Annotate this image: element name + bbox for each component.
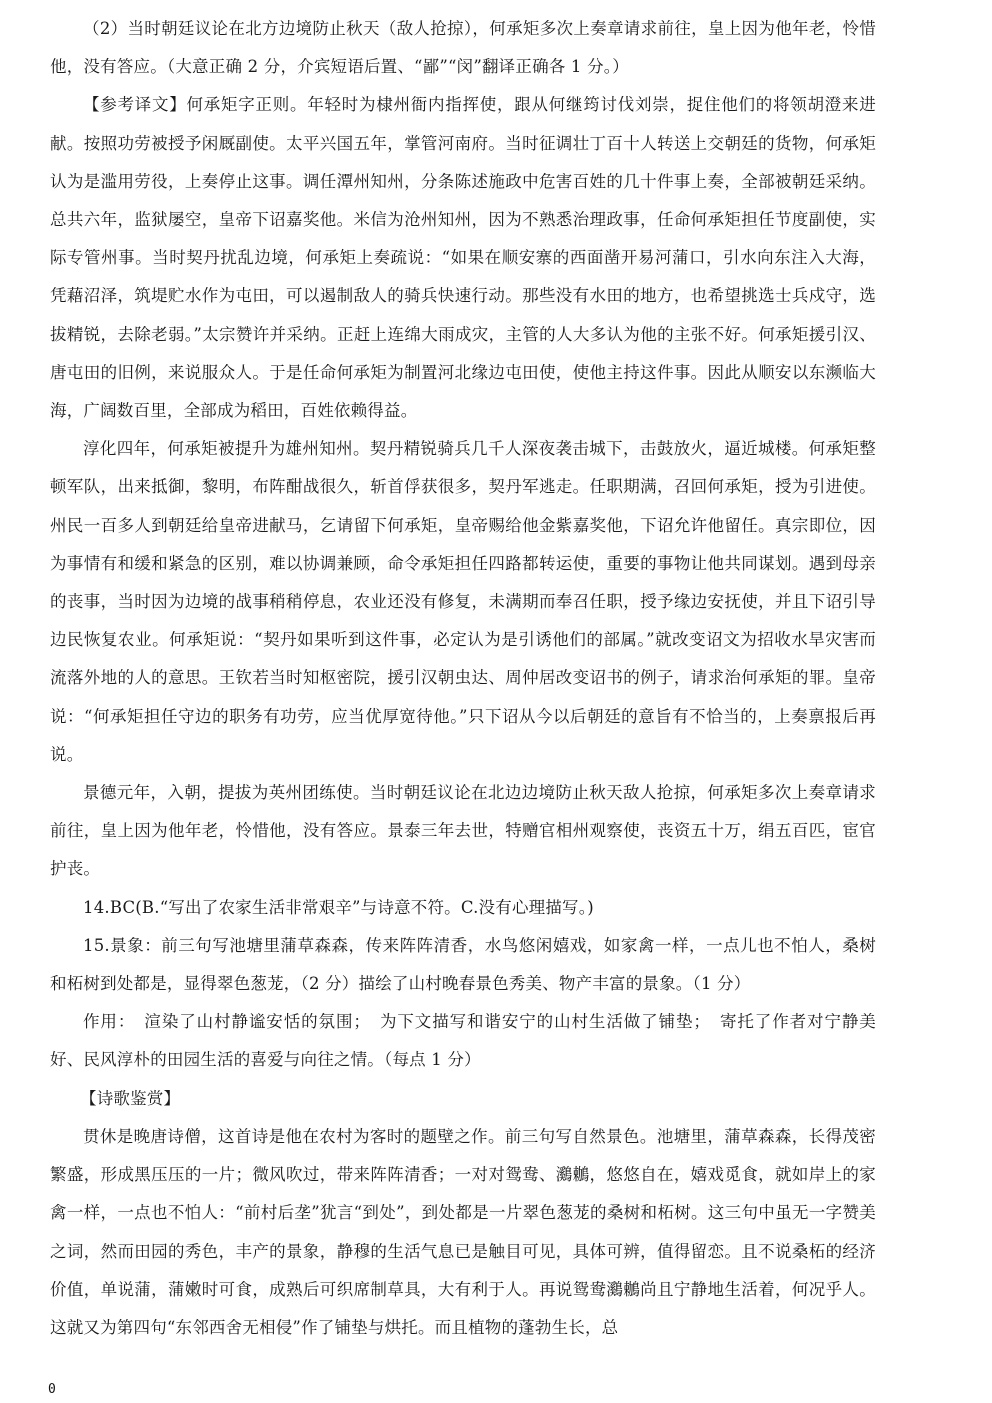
reference-translation-paragraph-1: 【参考译文】何承矩字正则。年轻时为棣州衙内指挥使，跟从何继筠讨伐刘崇，捉住他们的… <box>50 86 876 430</box>
poetry-appreciation-paragraph: 贯休是晚唐诗僧，这首诗是他在农村为客时的题壁之作。前三句写自然景色。池塘里，蒲草… <box>50 1118 876 1347</box>
answer-15-scene-paragraph: 15.景象：前三句写池塘里蒲草森森，传来阵阵清香，水鸟悠闲嬉戏，如家禽一样，一点… <box>50 927 876 1003</box>
answer-13-2-paragraph: （2）当时朝廷议论在北方边境防止秋天（敌人抢掠），何承矩多次上奏章请求前往，皇上… <box>50 10 876 86</box>
page-number: 0 <box>48 1382 56 1397</box>
poetry-appreciation-heading: 【诗歌鉴赏】 <box>50 1080 876 1118</box>
reference-translation-paragraph-3: 景德元年，入朝，提拔为英州团练使。当时朝廷议论在北边边境防止秋天敌人抢掠，何承矩… <box>50 774 876 889</box>
reference-translation-paragraph-2: 淳化四年，何承矩被提升为雄州知州。契丹精锐骑兵几千人深夜袭击城下，击鼓放火，逼近… <box>50 430 876 774</box>
answer-15-function-paragraph: 作用： 渲染了山村静谧安恬的氛围； 为下文描写和谐安宁的山村生活做了铺垫； 寄托… <box>50 1003 876 1079</box>
document-page: （2）当时朝廷议论在北方边境防止秋天（敌人抢掠），何承矩多次上奏章请求前往，皇上… <box>50 10 876 1347</box>
answer-14-paragraph: 14.BC(B.“写出了农家生活非常艰辛”与诗意不符。C.没有心理描写。) <box>50 889 876 927</box>
